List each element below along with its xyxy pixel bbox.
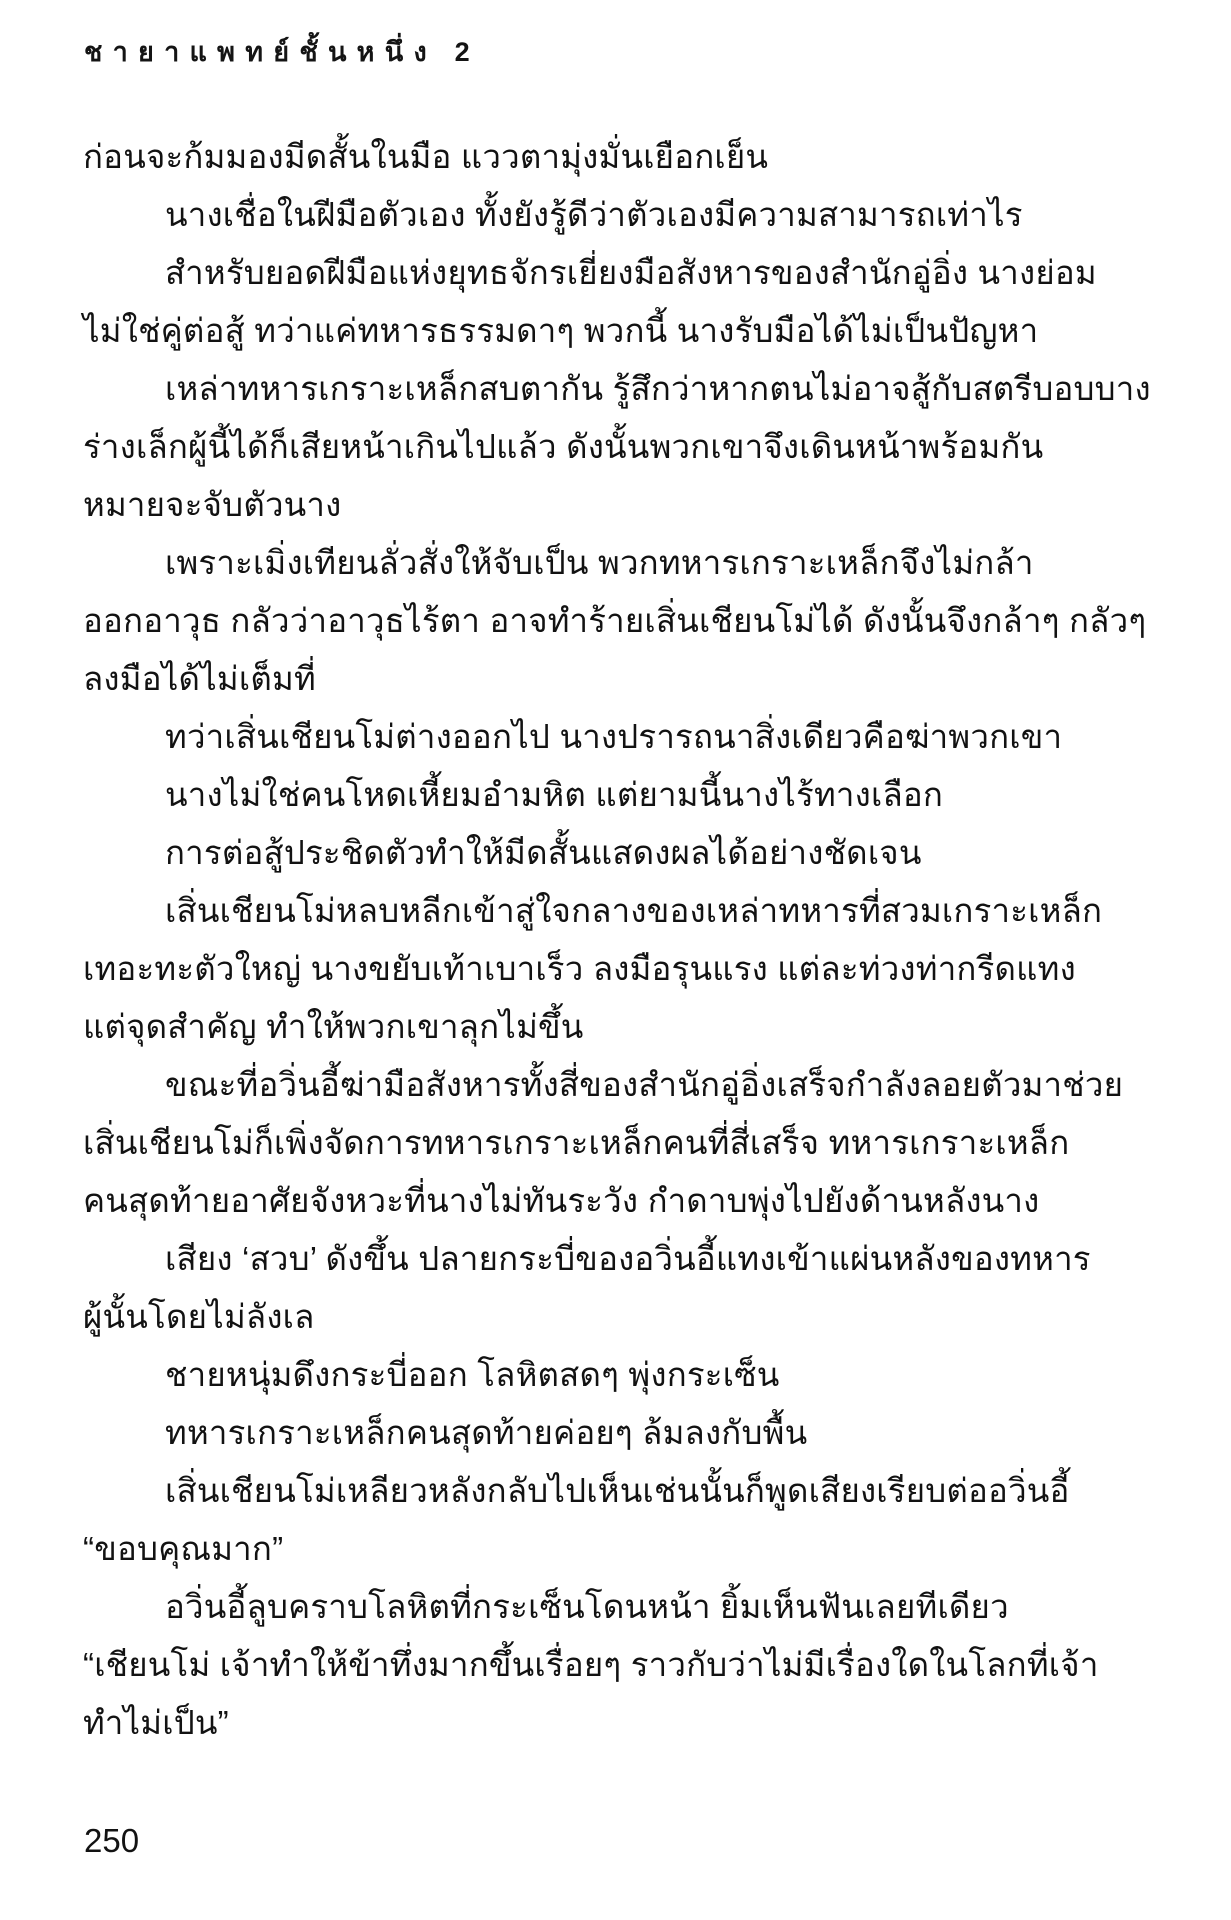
text-line: การต่อสู้ประชิดตัวทำให้มีดสั้นแสดงผลได้อ… [83,824,1155,882]
text-line: ก่อนจะก้มมองมีดสั้นในมือ แววตามุ่งมั่นเย… [83,128,1155,186]
text-line: เทอะทะตัวใหญ่ นางขยับเท้าเบาเร็ว ลงมือรุ… [83,940,1155,998]
text-line: “ขอบคุณมาก” [83,1520,1155,1578]
text-line: สำหรับยอดฝีมือแห่งยุทธจักรเยี่ยงมือสังหา… [83,244,1155,302]
text-line: เสิ่นเชียนโม่หลบหลีกเข้าสู่ใจกลางของเหล่… [83,882,1155,940]
text-line: เสิ่นเชียนโม่ก็เพิ่งจัดการทหารเกราะเหล็ก… [83,1114,1155,1172]
body-text: ก่อนจะก้มมองมีดสั้นในมือ แววตามุ่งมั่นเย… [83,128,1155,1752]
text-line: อวิ่นอี้ลูบคราบโลหิตที่กระเซ็นโดนหน้า ยิ… [83,1578,1155,1636]
text-line: ลงมือได้ไม่เต็มที่ [83,650,1155,708]
text-line: ขณะที่อวิ่นอี้ฆ่ามือสังหารทั้งสี่ของสำนั… [83,1056,1155,1114]
running-header: ชายาแพทย์ชั้นหนึ่ง 2 [84,30,480,73]
text-line: ไม่ใช่คู่ต่อสู้ ทว่าแค่ทหารธรรมดาๆ พวกนี… [83,302,1155,360]
page-number: 250 [84,1822,139,1860]
text-line: ผู้นั้นโดยไม่ลังเล [83,1288,1155,1346]
text-line: คนสุดท้ายอาศัยจังหวะที่นางไม่ทันระวัง กำ… [83,1172,1155,1230]
text-line: ทหารเกราะเหล็กคนสุดท้ายค่อยๆ ล้มลงกับพื้… [83,1404,1155,1462]
text-line: ทว่าเสิ่นเชียนโม่ต่างออกไป นางปรารถนาสิ่… [83,708,1155,766]
text-line: เหล่าทหารเกราะเหล็กสบตากัน รู้สึกว่าหากต… [83,360,1155,418]
text-line: ชายหนุ่มดึงกระบี่ออก โลหิตสดๆ พุ่งกระเซ็… [83,1346,1155,1404]
text-line: เสิ่นเชียนโม่เหลียวหลังกลับไปเห็นเช่นนั้… [83,1462,1155,1520]
text-line: ร่างเล็กผู้นี้ได้ก็เสียหน้าเกินไปแล้ว ดั… [83,418,1155,476]
text-line: “เชียนโม่ เจ้าทำให้ข้าทึ่งมากขึ้นเรื่อยๆ… [83,1636,1155,1694]
text-line: หมายจะจับตัวนาง [83,476,1155,534]
text-line: แต่จุดสำคัญ ทำให้พวกเขาลุกไม่ขึ้น [83,998,1155,1056]
text-line: เพราะเมิ่งเทียนลั่วสั่งให้จับเป็น พวกทหา… [83,534,1155,592]
text-line: ทำไม่เป็น” [83,1694,1155,1752]
book-page: ชายาแพทย์ชั้นหนึ่ง 2 ก่อนจะก้มมองมีดสั้น… [0,0,1231,1920]
text-line: นางไม่ใช่คนโหดเหี้ยมอำมหิต แต่ยามนี้นางไ… [83,766,1155,824]
text-line: ออกอาวุธ กลัวว่าอาวุธไร้ตา อาจทำร้ายเสิ่… [83,592,1155,650]
text-line: นางเชื่อในฝีมือตัวเอง ทั้งยังรู้ดีว่าตัว… [83,186,1155,244]
text-line: เสียง ‘สวบ’ ดังขึ้น ปลายกระบี่ของอวิ่นอี… [83,1230,1155,1288]
